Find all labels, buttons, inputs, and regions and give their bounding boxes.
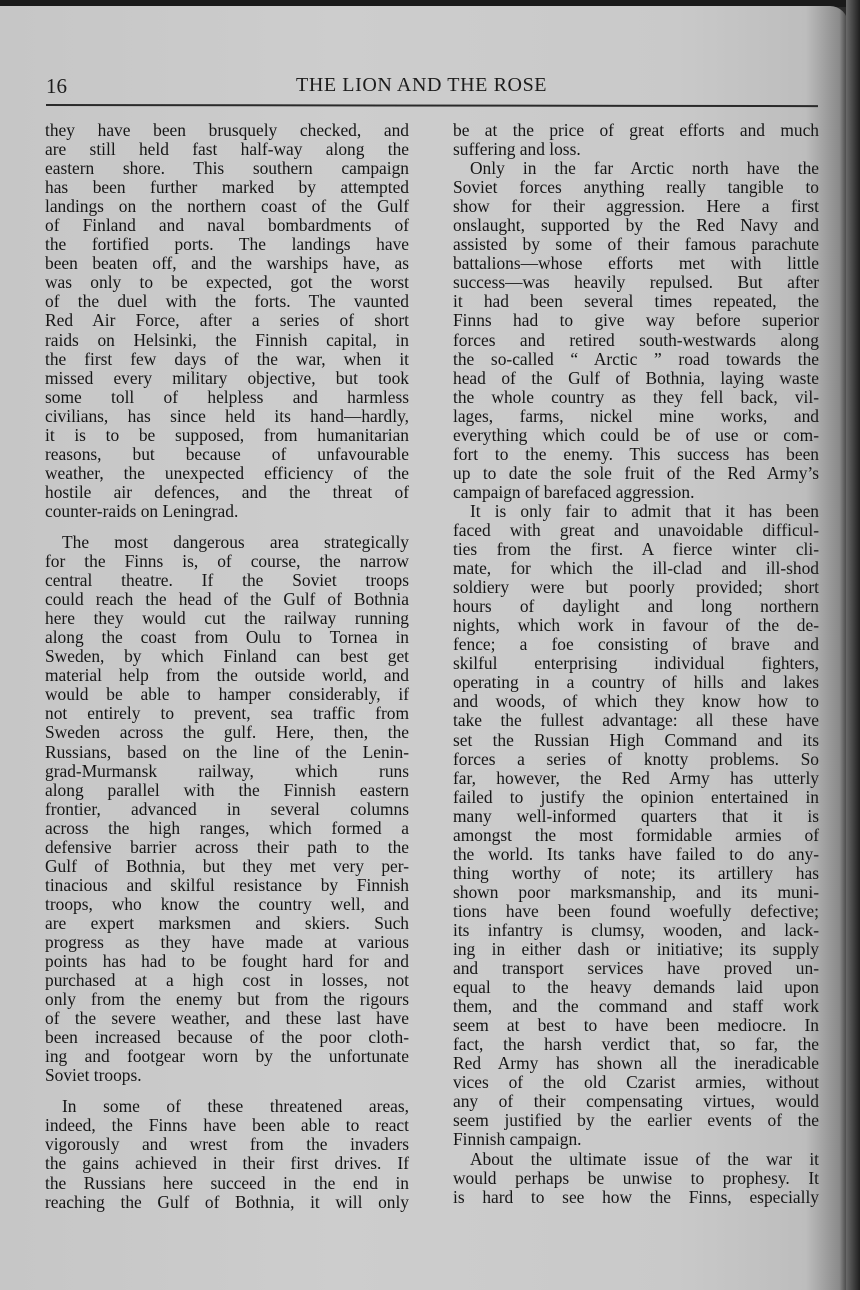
text-line: failed to justify the opinion entertaine… bbox=[453, 788, 819, 807]
paragraph: be at the price of great efforts and muc… bbox=[453, 121, 819, 159]
text-line: take the fullest advantage: all these ha… bbox=[453, 711, 819, 730]
text-line: is hard to see how the Finns, especially bbox=[453, 1188, 819, 1207]
text-line: fort to the enemy. This success has been bbox=[453, 445, 819, 464]
text-line: are expert marksmen and skiers. Such bbox=[45, 914, 409, 933]
text-line: been increased because of the poor cloth… bbox=[45, 1028, 409, 1047]
left-text-column: they have been brusquely checked, andare… bbox=[45, 121, 409, 1212]
text-line: here they would cut the railway running bbox=[45, 609, 409, 628]
text-line: equal to the heavy demands laid upon bbox=[453, 978, 819, 997]
text-line: the fortified ports. The landings have bbox=[45, 235, 409, 254]
text-line: of Finland and naval bombardments of bbox=[45, 216, 409, 235]
text-line: show for their aggression. Here a first bbox=[453, 197, 819, 216]
text-line: progress as they have made at various bbox=[45, 933, 409, 952]
text-line: purchased at a high cost in losses, not bbox=[45, 971, 409, 990]
text-line: seem justified by the earlier events of … bbox=[453, 1111, 819, 1130]
text-line: mate, for which the ill-clad and ill-sho… bbox=[453, 559, 819, 578]
text-line: reasons, but because of unfavourable bbox=[45, 445, 409, 464]
text-line: has been further marked by attempted bbox=[45, 178, 409, 197]
text-line: the world. Its tanks have failed to do a… bbox=[453, 845, 819, 864]
text-line: it is to be supposed, from humanitarian bbox=[45, 426, 409, 445]
text-line: missed every military objective, but too… bbox=[45, 369, 409, 388]
text-line: It is only fair to admit that it has bee… bbox=[453, 502, 819, 521]
text-line: could reach the head of the Gulf of Both… bbox=[45, 590, 409, 609]
text-line: of the duel with the forts. The vaunted bbox=[45, 292, 409, 311]
right-text-column: be at the price of great efforts and muc… bbox=[453, 121, 819, 1207]
text-line: material help from the outside world, an… bbox=[45, 666, 409, 685]
text-line: along parallel with the Finnish eastern bbox=[45, 781, 409, 800]
text-line: eastern shore. This southern campaign bbox=[45, 159, 409, 178]
text-line: ing and footgear worn by the unfortunate bbox=[45, 1047, 409, 1066]
text-line: grad-Murmansk railway, which runs bbox=[45, 762, 409, 781]
running-head: 16 THE LION AND THE ROSE bbox=[46, 74, 818, 102]
text-line: Only in the far Arctic north have the bbox=[453, 159, 819, 178]
text-line: they have been brusquely checked, and bbox=[45, 121, 409, 140]
text-line: some toll of helpless and harmless bbox=[45, 388, 409, 407]
text-line: Soviet troops. bbox=[45, 1066, 409, 1085]
paragraph: In some of these threatened areas,indeed… bbox=[45, 1097, 409, 1211]
text-line: of the severe weather, and these last ha… bbox=[45, 1009, 409, 1028]
text-line: far, however, the Red Army has utterly bbox=[453, 769, 819, 788]
text-line: suffering and loss. bbox=[453, 140, 819, 159]
text-line: be at the price of great efforts and muc… bbox=[453, 121, 819, 140]
text-line: hours of daylight and long northern bbox=[453, 597, 819, 616]
text-line: any of their compensating virtues, would bbox=[453, 1092, 819, 1111]
text-line: been beaten off, and the warships have, … bbox=[45, 254, 409, 273]
paragraph: About the ultimate issue of the war itwo… bbox=[453, 1150, 819, 1207]
text-line: defensive barrier across their path to t… bbox=[45, 838, 409, 857]
text-line: only from the enemy but from the rigours bbox=[45, 990, 409, 1009]
text-line: central theatre. If the Soviet troops bbox=[45, 571, 409, 590]
text-line: skilful enterprising individual fighters… bbox=[453, 654, 819, 673]
text-line: soldiery were but poorly provided; short bbox=[453, 578, 819, 597]
text-line: About the ultimate issue of the war it bbox=[453, 1150, 819, 1169]
text-line: the gains achieved in their first drives… bbox=[45, 1154, 409, 1173]
text-line: troops, who know the country well, and bbox=[45, 895, 409, 914]
text-line: The most dangerous area strategically bbox=[45, 533, 409, 552]
text-line: Sweden, by which Finland can best get bbox=[45, 647, 409, 666]
text-line: for the Finns is, of course, the narrow bbox=[45, 552, 409, 571]
text-line: campaign of barefaced aggression. bbox=[453, 483, 819, 502]
text-line: Soviet forces anything really tangible t… bbox=[453, 178, 819, 197]
paragraph: Only in the far Arctic north have theSov… bbox=[453, 159, 819, 502]
text-line: the first few days of the war, when it bbox=[45, 350, 409, 369]
text-line: them, and the command and staff work bbox=[453, 997, 819, 1016]
paragraph: they have been brusquely checked, andare… bbox=[45, 121, 409, 521]
text-line: indeed, the Finns have been able to reac… bbox=[45, 1116, 409, 1135]
page-number: 16 bbox=[46, 74, 67, 99]
text-line: vigorously and wrest from the invaders bbox=[45, 1135, 409, 1154]
text-line: lages, farms, nickel mine works, and bbox=[453, 407, 819, 426]
text-line: landings on the northern coast of the Gu… bbox=[45, 197, 409, 216]
text-line: civilians, has since held its hand—hardl… bbox=[45, 407, 409, 426]
text-line: many well-informed quarters that it is bbox=[453, 807, 819, 826]
text-line: would be able to hamper considerably, if bbox=[45, 685, 409, 704]
text-line: nights, which work in favour of the de- bbox=[453, 616, 819, 635]
text-line: are still held fast half-way along the bbox=[45, 140, 409, 159]
text-line: fact, the harsh verdict that, so far, th… bbox=[453, 1035, 819, 1054]
text-line: and transport services have proved un- bbox=[453, 959, 819, 978]
text-line: the whole country as they fell back, vil… bbox=[453, 388, 819, 407]
text-line: counter-raids on Leningrad. bbox=[45, 502, 409, 521]
text-line: tinacious and skilful resistance by Finn… bbox=[45, 876, 409, 895]
text-line: ing in either dash or initiative; its su… bbox=[453, 940, 819, 959]
text-line: head of the Gulf of Bothnia, laying wast… bbox=[453, 369, 819, 388]
text-line: and woods, of which they know how to bbox=[453, 692, 819, 711]
text-line: frontier, advanced in several columns bbox=[45, 800, 409, 819]
text-line: raids on Helsinki, the Finnish capital, … bbox=[45, 331, 409, 350]
text-line: would perhaps be unwise to prophesy. It bbox=[453, 1169, 819, 1188]
text-line: it had been several times repeated, the bbox=[453, 292, 819, 311]
text-line: onslaught, supported by the Red Navy and bbox=[453, 216, 819, 235]
text-line: tions have been found woefully defective… bbox=[453, 902, 819, 921]
text-line: shown poor marksmanship, and its muni- bbox=[453, 883, 819, 902]
text-line: faced with great and unavoidable difficu… bbox=[453, 521, 819, 540]
text-line: In some of these threatened areas, bbox=[45, 1097, 409, 1116]
text-line: Sweden across the gulf. Here, then, the bbox=[45, 723, 409, 742]
text-line: the Russians here succeed in the end in bbox=[45, 1174, 409, 1193]
text-line: hostile air defences, and the threat of bbox=[45, 483, 409, 502]
text-line: operating in a country of hills and lake… bbox=[453, 673, 819, 692]
text-line: up to date the sole fruit of the Red Arm… bbox=[453, 464, 819, 483]
text-line: everything which could be of use or com- bbox=[453, 426, 819, 445]
text-line: forces and retired south-westwards along bbox=[453, 331, 819, 350]
text-line: points has had to be fought hard for and bbox=[45, 952, 409, 971]
text-line: along the coast from Oulu to Tornea in bbox=[45, 628, 409, 647]
text-line: its infantry is clumsy, wooden, and lack… bbox=[453, 921, 819, 940]
text-line: across the high ranges, which formed a bbox=[45, 819, 409, 838]
text-line: Red Air Force, after a series of short bbox=[45, 311, 409, 330]
text-line: Red Army has shown all the ineradicable bbox=[453, 1054, 819, 1073]
text-line: ties from the first. A fierce winter cli… bbox=[453, 540, 819, 559]
text-line: seem at best to have been mediocre. In bbox=[453, 1016, 819, 1035]
text-line: thing worthy of note; its artillery has bbox=[453, 864, 819, 883]
text-line: Finnish campaign. bbox=[453, 1130, 819, 1149]
paragraph: The most dangerous area strategicallyfor… bbox=[45, 533, 409, 1085]
text-line: was only to be expected, got the worst bbox=[45, 273, 409, 292]
text-line: fence; a foe consisting of brave and bbox=[453, 635, 819, 654]
book-spine-shadow bbox=[846, 0, 860, 1290]
text-line: the so-called “ Arctic ” road towards th… bbox=[453, 350, 819, 369]
text-line: set the Russian High Command and its bbox=[453, 731, 819, 750]
text-line: reaching the Gulf of Bothnia, it will on… bbox=[45, 1193, 409, 1212]
paragraph: It is only fair to admit that it has bee… bbox=[453, 502, 819, 1150]
text-line: success—was heavily repulsed. But after bbox=[453, 273, 819, 292]
text-line: battalions—whose efforts met with little bbox=[453, 254, 819, 273]
text-line: forces a series of knotty problems. So bbox=[453, 750, 819, 769]
text-line: not entirely to prevent, sea traffic fro… bbox=[45, 704, 409, 723]
text-line: Gulf of Bothnia, but they met very per- bbox=[45, 857, 409, 876]
text-line: amongst the most formidable armies of bbox=[453, 826, 819, 845]
text-line: Finns had to give way before superior bbox=[453, 311, 819, 330]
text-line: assisted by some of their famous parachu… bbox=[453, 235, 819, 254]
text-line: weather, the unexpected efficiency of th… bbox=[45, 464, 409, 483]
text-line: vices of the old Czarist armies, without bbox=[453, 1073, 819, 1092]
running-title: THE LION AND THE ROSE bbox=[296, 74, 547, 97]
text-line: Russians, based on the line of the Lenin… bbox=[45, 743, 409, 762]
